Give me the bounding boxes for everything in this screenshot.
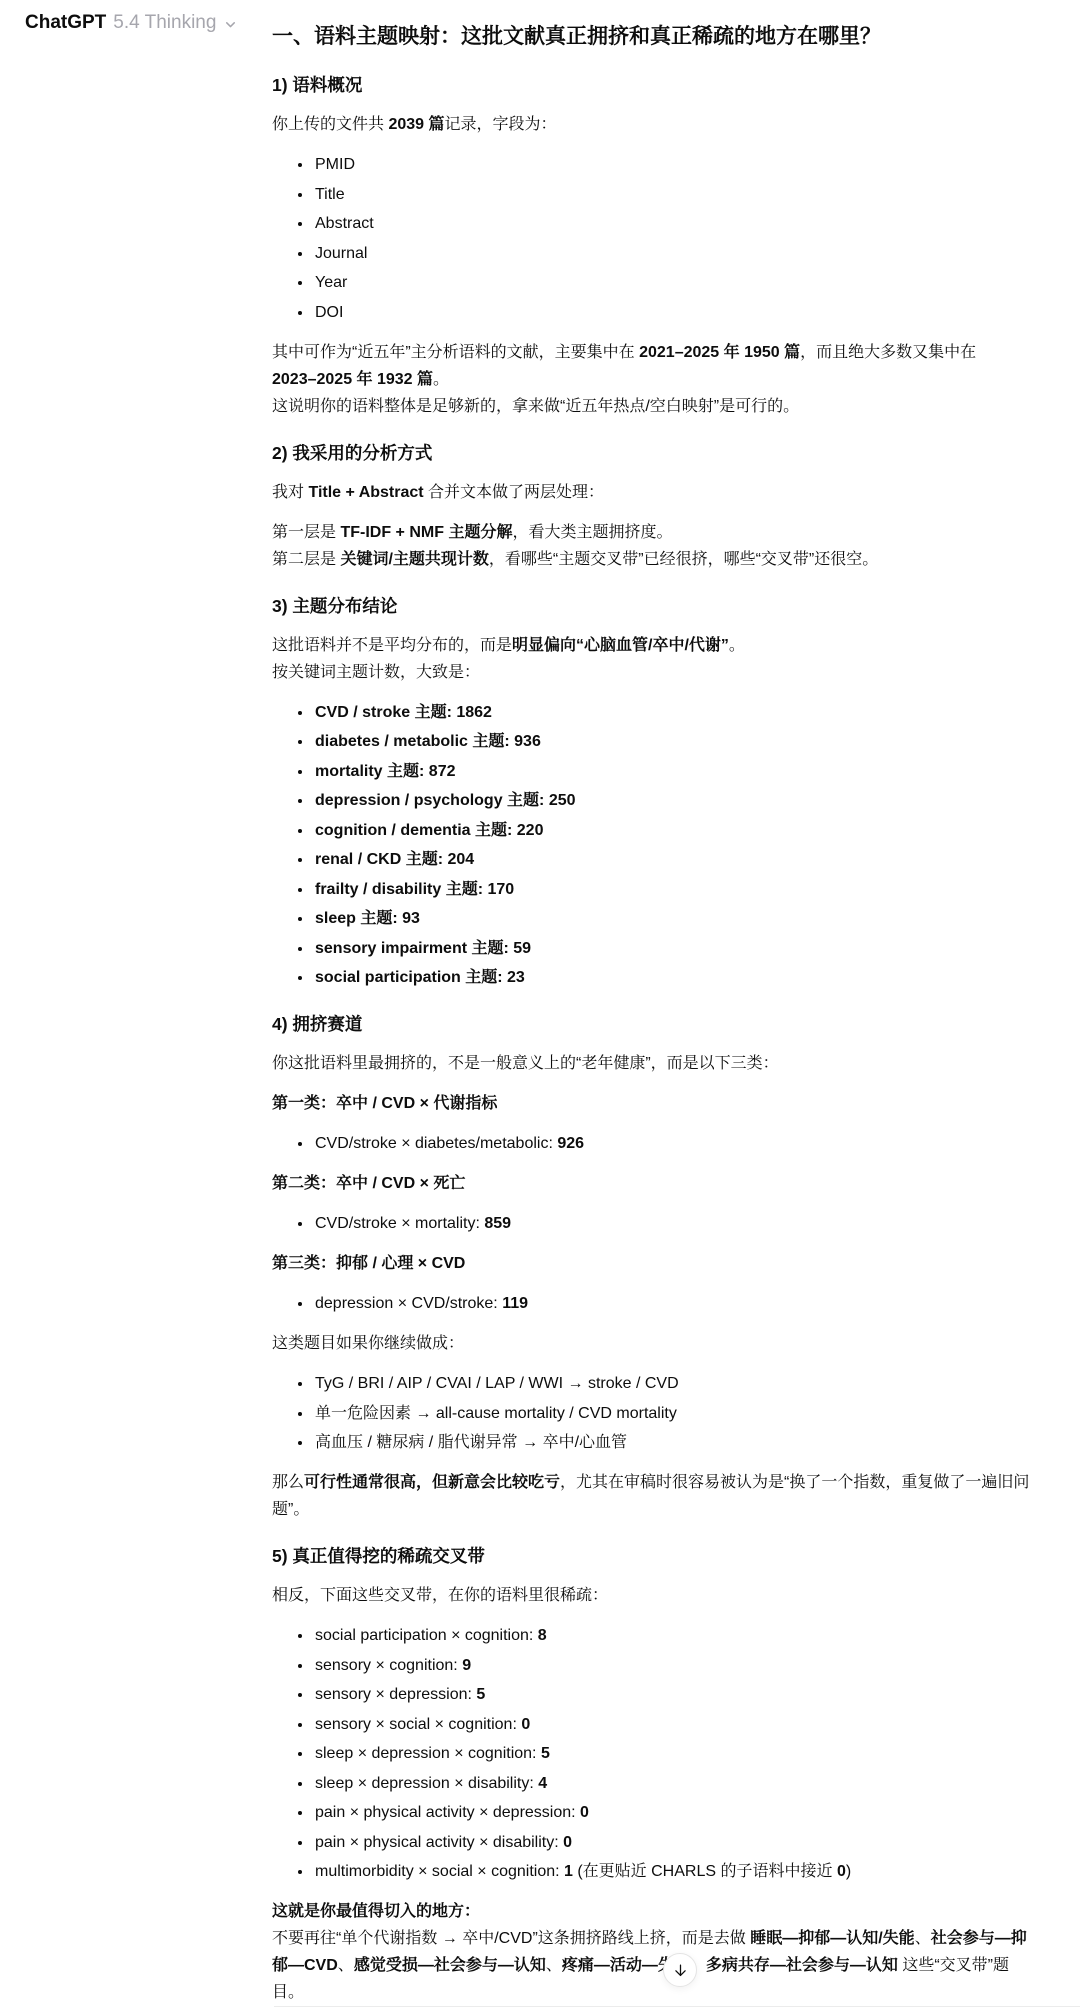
sparse-list: social participation × cognition: 8senso… (272, 1622, 1064, 1885)
list-item: sensory × depression: 5 (313, 1681, 1064, 1708)
class3-list: depression × CVD/stroke: 119 (272, 1290, 1064, 1317)
topic-count-list: CVD / stroke 主题: 1862diabetes / metaboli… (272, 699, 1064, 992)
distribution-intro-paragraph: 这批语料并不是平均分布的，而是明显偏向“心脑血管/卒中/代谢”。按关键词主题计数… (272, 632, 1064, 686)
list-item: 高血压 / 糖尿病 / 脂代谢异常 → 卒中/心血管 (313, 1429, 1064, 1456)
list-item: social participation × cognition: 8 (313, 1622, 1064, 1649)
list-item: TyG / BRI / AIP / CVAI / LAP / WWI → str… (313, 1370, 1064, 1397)
list-item: pain × physical activity × disability: 0 (313, 1829, 1064, 1856)
section-3-heading: 3) 主题分布结论 (272, 593, 1064, 619)
list-item: frailty / disability 主题: 170 (313, 876, 1064, 903)
list-item: sensory impairment 主题: 59 (313, 935, 1064, 962)
sparse-intro-paragraph: 相反，下面这些交叉带，在你的语料里很稀疏： (272, 1582, 1064, 1609)
class3-title: 第三类：抑郁 / 心理 × CVD (272, 1250, 1064, 1277)
list-item: mortality 主题: 872 (313, 758, 1064, 785)
followup-intro-paragraph: 这类题目如果你继续做成： (272, 1330, 1064, 1357)
list-item: CVD / stroke 主题: 1862 (313, 699, 1064, 726)
list-item: depression / psychology 主题: 250 (313, 787, 1064, 814)
corpus-intro-paragraph: 你上传的文件共 2039 篇记录，字段为： (272, 111, 1064, 138)
list-item: renal / CKD 主题: 204 (313, 846, 1064, 873)
list-item: depression × CVD/stroke: 119 (313, 1290, 1064, 1317)
list-item: Title (313, 181, 1064, 208)
list-item: Year (313, 269, 1064, 296)
list-item: CVD/stroke × diabetes/metabolic: 926 (313, 1130, 1064, 1157)
final-advice-paragraph: 这就是你最值得切入的地方：不要再往“单个代谢指数 → 卒中/CVD”这条拥挤路线… (272, 1898, 1064, 2006)
crowded-intro-paragraph: 你这批语料里最拥挤的，不是一般意义上的“老年健康”，而是以下三类： (272, 1050, 1064, 1077)
message-title: 一、语料主题映射：这批文献真正拥挤和真正稀疏的地方在哪里？ (272, 22, 1064, 52)
class1-title: 第一类：卒中 / CVD × 代谢指标 (272, 1090, 1064, 1117)
list-item: sleep 主题: 93 (313, 905, 1064, 932)
followup-list: TyG / BRI / AIP / CVAI / LAP / WWI → str… (272, 1370, 1064, 1456)
method-layers-paragraph: 第一层是 TF-IDF + NMF 主题分解，看大类主题拥挤度。第二层是 关键词… (272, 519, 1064, 573)
list-item: pain × physical activity × depression: 0 (313, 1799, 1064, 1826)
method-intro-paragraph: 我对 Title + Abstract 合并文本做了两层处理： (272, 479, 1064, 506)
class2-title: 第二类：卒中 / CVD × 死亡 (272, 1170, 1064, 1197)
list-item: multimorbidity × social × cognition: 1 (… (313, 1858, 1064, 1885)
list-item: sensory × social × cognition: 0 (313, 1711, 1064, 1738)
class2-list: CVD/stroke × mortality: 859 (272, 1210, 1064, 1237)
down-arrow-icon (672, 1962, 689, 1979)
model-switcher[interactable]: ChatGPT 5.4 Thinking (25, 11, 238, 35)
section-5-heading: 5) 真正值得挖的稀疏交叉带 (272, 1543, 1064, 1569)
list-item: Abstract (313, 210, 1064, 237)
list-item: 单一危险因素 → all-cause mortality / CVD morta… (313, 1400, 1064, 1427)
list-item: sleep × depression × cognition: 5 (313, 1740, 1064, 1767)
list-item: sleep × depression × disability: 4 (313, 1770, 1064, 1797)
list-item: diabetes / metabolic 主题: 936 (313, 728, 1064, 755)
scroll-to-bottom-button[interactable] (663, 1953, 697, 1987)
list-item: cognition / dementia 主题: 220 (313, 817, 1064, 844)
list-item: PMID (313, 151, 1064, 178)
section-4-heading: 4) 拥挤赛道 (272, 1011, 1064, 1037)
app-name: ChatGPT (25, 11, 106, 35)
assistant-message: 一、语料主题映射：这批文献真正拥挤和真正稀疏的地方在哪里？ 1) 语料概况 你上… (272, 22, 1064, 2011)
corpus-summary-paragraph: 其中可作为“近五年”主分析语料的文献，主要集中在 2021–2025 年 195… (272, 339, 1064, 420)
model-name: 5.4 Thinking (113, 11, 216, 35)
list-item: Journal (313, 240, 1064, 267)
caveat-paragraph: 那么可行性通常很高，但新意会比较吃亏，尤其在审稿时很容易被认为是“换了一个指数，… (272, 1469, 1064, 1523)
chevron-down-icon (223, 15, 238, 32)
composer-top-divider (274, 2006, 1080, 2007)
list-item: social participation 主题: 23 (313, 964, 1064, 991)
list-item: DOI (313, 299, 1064, 326)
section-2-heading: 2) 我采用的分析方式 (272, 440, 1064, 466)
class1-list: CVD/stroke × diabetes/metabolic: 926 (272, 1130, 1064, 1157)
list-item: sensory × cognition: 9 (313, 1652, 1064, 1679)
field-list: PMIDTitleAbstractJournalYearDOI (272, 151, 1064, 326)
section-1-heading: 1) 语料概况 (272, 72, 1064, 98)
list-item: CVD/stroke × mortality: 859 (313, 1210, 1064, 1237)
